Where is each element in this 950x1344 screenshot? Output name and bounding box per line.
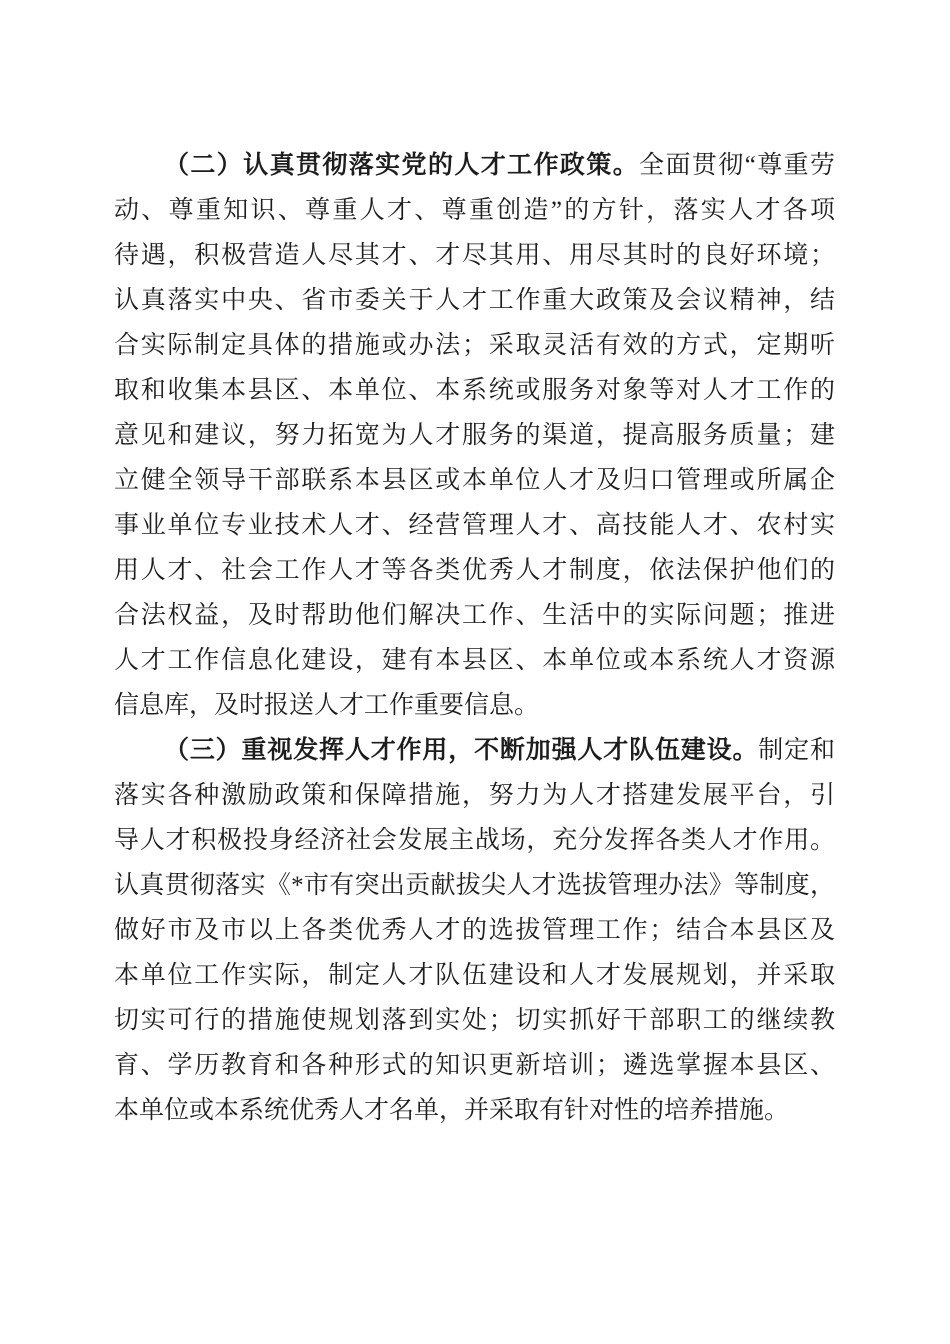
text-line: 育、学历教育和各种形式的知识更新培训；遴选掌握本县区、 [114, 1043, 835, 1088]
text-line: 用人才、社会工作人才等各类优秀人才制度，依法保护他们的 [114, 548, 835, 593]
text-line: 做好市及市以上各类优秀人才的选拔管理工作；结合本县区及 [114, 908, 835, 953]
paragraph-lead-bold: （二）认真贯彻落实党的人才工作政策。 [164, 152, 639, 179]
text-line: 意见和建议，努力拓宽为人才服务的渠道，提高服务质量；建 [114, 413, 835, 458]
text-line: （三）重视发挥人才作用，不断加强人才队伍建设。制定和 [114, 728, 835, 773]
text-line: 落实各种激励政策和保障措施，努力为人才搭建发展平台，引 [114, 773, 835, 818]
text-block: （二）认真贯彻落实党的人才工作政策。全面贯彻“尊重劳动、尊重知识、尊重人才、尊重… [114, 143, 835, 1133]
text-line: 动、尊重知识、尊重人才、尊重创造”的方针，落实人才各项 [114, 188, 835, 233]
text-line: 本单位工作实际，制定人才队伍建设和人才发展规划，并采取 [114, 953, 835, 998]
text-line: 切实可行的措施使规划落到实处；切实抓好干部职工的继续教 [114, 998, 835, 1043]
text-line: 合实际制定具体的措施或办法；采取灵活有效的方式，定期听 [114, 323, 835, 368]
text-line: 立健全领导干部联系本县区或本单位人才及归口管理或所属企 [114, 458, 835, 503]
text-line: 取和收集本县区、本单位、本系统或服务对象等对人才工作的 [114, 368, 835, 413]
text-line: 认真落实中央、省市委关于人才工作重大政策及会议精神，结 [114, 278, 835, 323]
text-line: 本单位或本系统优秀人才名单，并采取有针对性的培养措施。 [114, 1088, 835, 1133]
document-page: （二）认真贯彻落实党的人才工作政策。全面贯彻“尊重劳动、尊重知识、尊重人才、尊重… [0, 0, 950, 1344]
text-line: 认真贯彻落实《*市有突出贡献拔尖人才选拔管理办法》等制度， [114, 863, 835, 908]
text-line: 合法权益，及时帮助他们解决工作、生活中的实际问题；推进 [114, 593, 835, 638]
text-line: （二）认真贯彻落实党的人才工作政策。全面贯彻“尊重劳 [114, 143, 835, 188]
paragraph-lead-bold: （三）重视发挥人才作用，不断加强人才队伍建设。 [164, 737, 758, 764]
text-line: 人才工作信息化建设，建有本县区、本单位或本系统人才资源 [114, 638, 835, 683]
text-line: 事业单位专业技术人才、经营管理人才、高技能人才、农村实 [114, 503, 835, 548]
text-line: 待遇，积极营造人尽其才、才尽其用、用尽其时的良好环境； [114, 233, 835, 278]
text-line: 导人才积极投身经济社会发展主战场，充分发挥各类人才作用。 [114, 818, 835, 863]
text-line: 信息库，及时报送人才工作重要信息。 [114, 683, 835, 728]
